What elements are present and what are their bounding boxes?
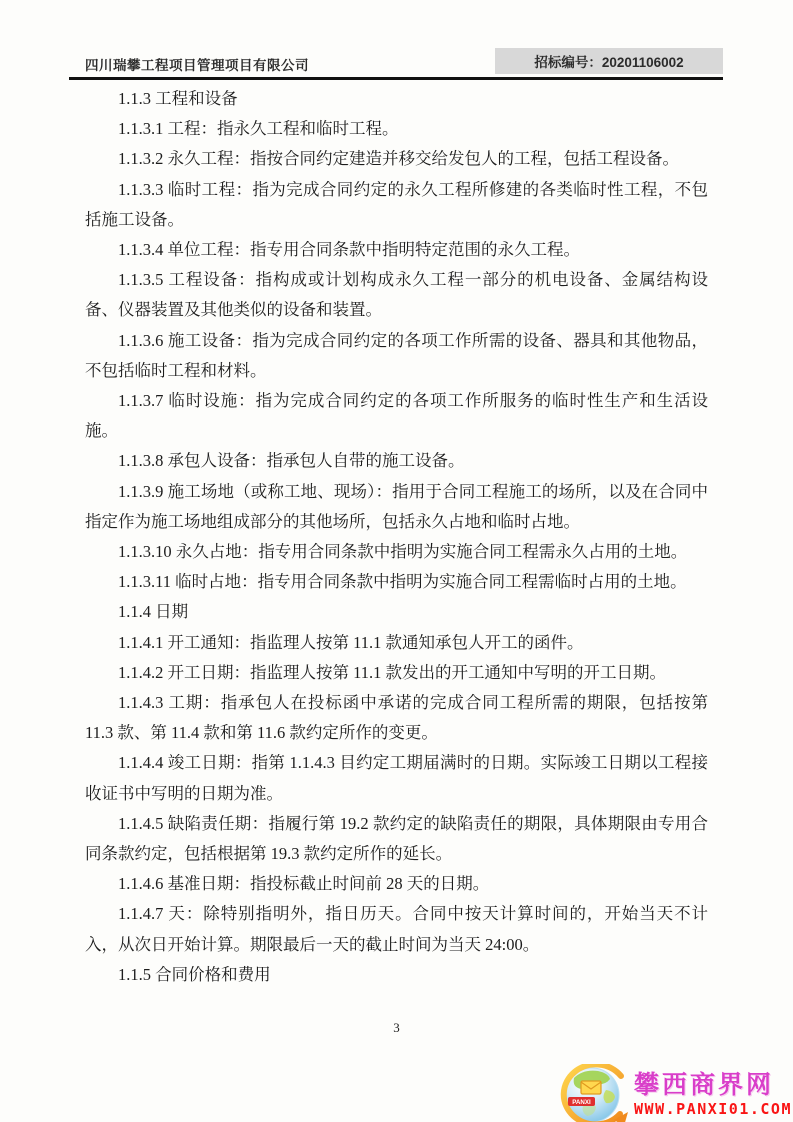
clause-paragraph: 1.1.3.5 工程设备：指构成或计划构成永久工程一部分的机电设备、金属结构设备… bbox=[85, 265, 708, 325]
page-header: 四川瑞攀工程项目管理项目有限公司 招标编号：20201106002 bbox=[69, 48, 723, 80]
page-number: 3 bbox=[0, 1020, 793, 1036]
clause-paragraph: 1.1.3.11 临时占地：指专用合同条款中指明为实施合同工程需临时占用的土地。 bbox=[85, 567, 708, 597]
logo-text: PANXI bbox=[572, 1099, 591, 1106]
clause-paragraph: 1.1.3.1 工程：指永久工程和临时工程。 bbox=[85, 114, 708, 144]
clause-paragraph: 1.1.3.4 单位工程：指专用合同条款中指明特定范围的永久工程。 bbox=[85, 235, 708, 265]
watermark-text: 攀西商界网 WWW.PANXI01.COM bbox=[634, 1070, 792, 1118]
clause-paragraph: 1.1.4.3 工期：指承包人在投标函中承诺的完成合同工程所需的期限，包括按第 … bbox=[85, 688, 708, 748]
company-name: 四川瑞攀工程项目管理项目有限公司 bbox=[85, 54, 309, 74]
clause-heading: 1.1.5 合同价格和费用 bbox=[85, 960, 708, 990]
clause-paragraph: 1.1.4.5 缺陷责任期：指履行第 19.2 款约定的缺陷责任的期限，具体期限… bbox=[85, 809, 708, 869]
clause-paragraph: 1.1.4.4 竣工日期：指第 1.1.4.3 目约定工期届满时的日期。实际竣工… bbox=[85, 748, 708, 808]
clause-paragraph: 1.1.3.2 永久工程：指按合同约定建造并移交给发包人的工程，包括工程设备。 bbox=[85, 144, 708, 174]
clause-paragraph: 1.1.3.7 临时设施：指为完成合同约定的各项工作所服务的临时性生产和生活设施… bbox=[85, 386, 708, 446]
clause-heading: 1.1.4 日期 bbox=[85, 597, 708, 627]
clause-paragraph: 1.1.3.10 永久占地：指专用合同条款中指明为实施合同工程需永久占用的土地。 bbox=[85, 537, 708, 567]
clause-paragraph: 1.1.4.1 开工通知：指监理人按第 11.1 款通知承包人开工的函件。 bbox=[85, 628, 708, 658]
watermark-site-url: WWW.PANXI01.COM bbox=[634, 1100, 792, 1118]
tender-number-badge: 招标编号：20201106002 bbox=[495, 48, 723, 74]
clause-heading: 1.1.3 工程和设备 bbox=[85, 84, 708, 114]
clause-paragraph: 1.1.4.7 天：除特别指明外，指日历天。合同中按天计算时间的，开始当天不计入… bbox=[85, 899, 708, 959]
site-watermark: PANXI 攀西商界网 WWW.PANXI01.COM bbox=[554, 1064, 792, 1122]
clause-paragraph: 1.1.3.9 施工场地（或称工地、现场）：指用于合同工程施工的场所，以及在合同… bbox=[85, 477, 708, 537]
watermark-site-name: 攀西商界网 bbox=[634, 1070, 792, 1100]
clause-paragraph: 1.1.3.6 施工设备：指为完成合同约定的各项工作所需的设备、器具和其他物品，… bbox=[85, 326, 708, 386]
document-body: 1.1.3 工程和设备 1.1.3.1 工程：指永久工程和临时工程。 1.1.3… bbox=[85, 84, 708, 990]
clause-paragraph: 1.1.3.8 承包人设备：指承包人自带的施工设备。 bbox=[85, 446, 708, 476]
clause-paragraph: 1.1.4.6 基准日期：指投标截止时间前 28 天的日期。 bbox=[85, 869, 708, 899]
clause-paragraph: 1.1.4.2 开工日期：指监理人按第 11.1 款发出的开工通知中写明的开工日… bbox=[85, 658, 708, 688]
panxi-globe-logo-icon: PANXI bbox=[554, 1064, 632, 1122]
document-page: 四川瑞攀工程项目管理项目有限公司 招标编号：20201106002 1.1.3 … bbox=[0, 0, 793, 1122]
clause-paragraph: 1.1.3.3 临时工程：指为完成合同约定的永久工程所修建的各类临时性工程，不包… bbox=[85, 175, 708, 235]
